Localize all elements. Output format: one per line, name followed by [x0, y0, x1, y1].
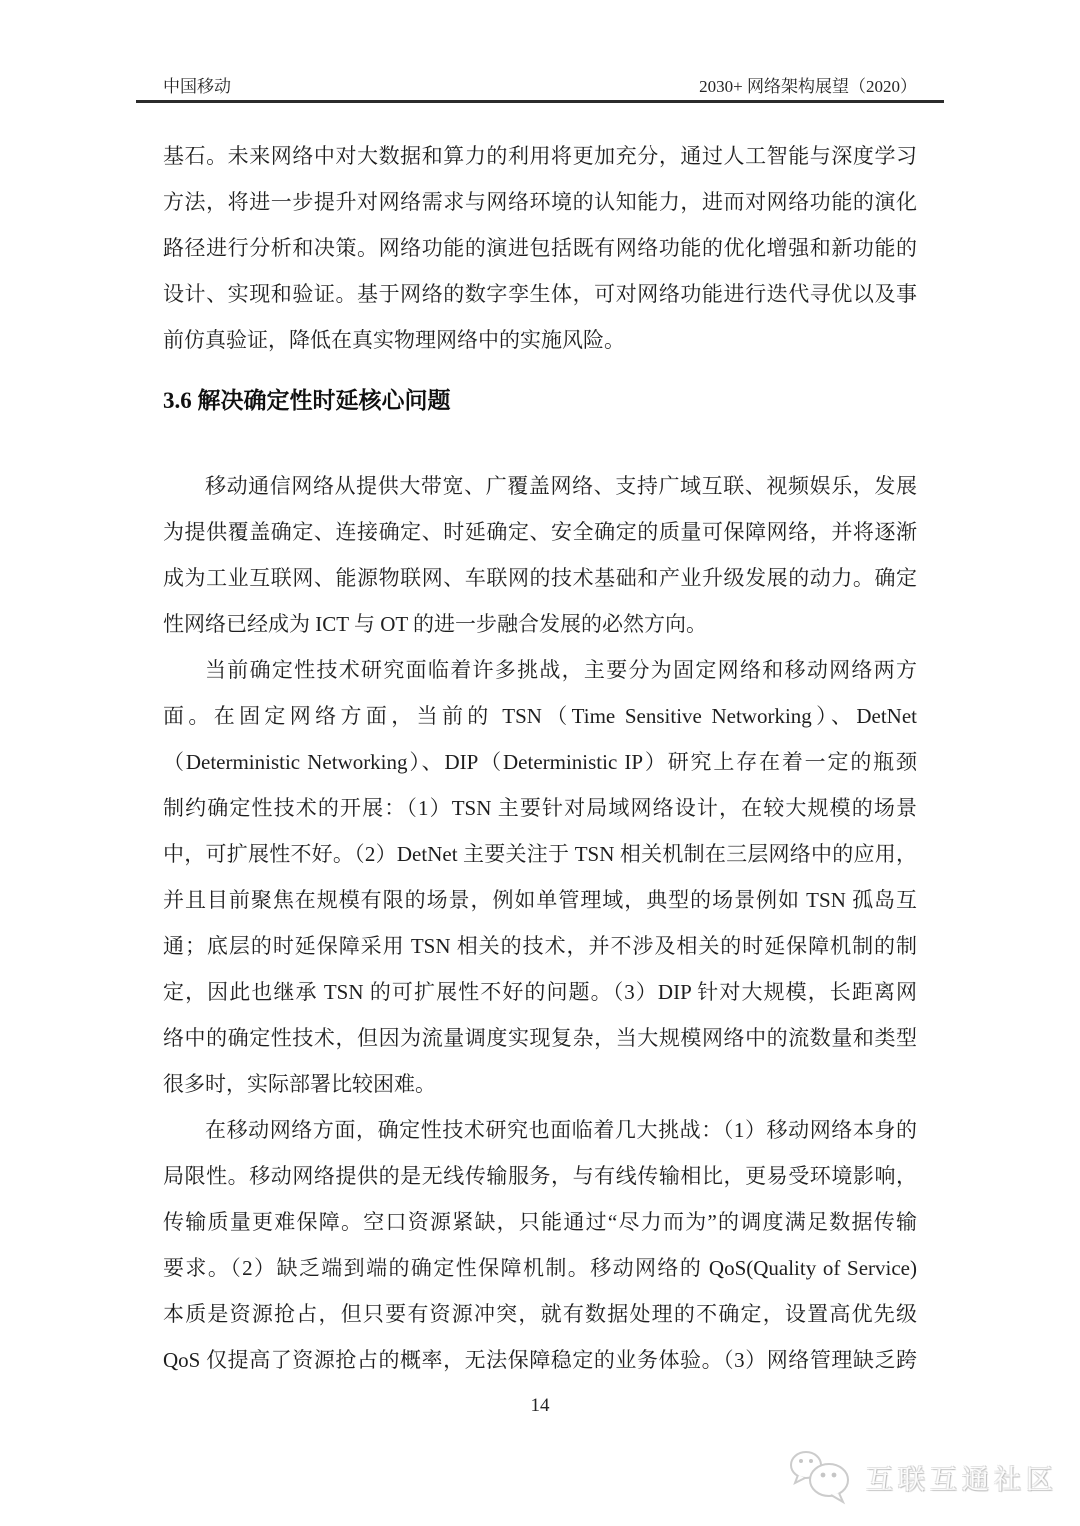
- text-line: 通；底层的时延保障采用 TSN 相关的技术，并不涉及相关的时延保障机制的制: [163, 923, 917, 969]
- text-line: 传输质量更难保障。空口资源紧缺，只能通过“尽力而为”的调度满足数据传输: [163, 1199, 917, 1245]
- text-line: 为提供覆盖确定、连接确定、时延确定、安全确定的质量可保障网络，并将逐渐: [163, 509, 917, 555]
- paragraph: 在移动网络方面，确定性技术研究也面临着几大挑战：（1）移动网络本身的局限性。移动…: [163, 1107, 917, 1383]
- text-line: 中，可扩展性不好。（2）DetNet 主要关注于 TSN 相关机制在三层网络中的…: [163, 831, 917, 877]
- text-line: 路径进行分析和决策。网络功能的演进包括既有网络功能的优化增强和新功能的: [163, 225, 917, 271]
- text-line: 制约确定性技术的开展：（1）TSN 主要针对局域网络设计，在较大规模的场景: [163, 785, 917, 831]
- text-line: QoS 仅提高了资源抢占的概率，无法保障稳定的业务体验。（3）网络管理缺乏跨: [163, 1337, 917, 1383]
- text-line: 本质是资源抢占，但只要有资源冲突，就有数据处理的不确定，设置高优先级: [163, 1291, 917, 1337]
- text-line: 当前确定性技术研究面临着许多挑战，主要分为固定网络和移动网络两方: [163, 647, 917, 693]
- text-line: 设计、实现和验证。基于网络的数字孪生体，可对网络功能进行迭代寻优以及事: [163, 271, 917, 317]
- text-line: 移动通信网络从提供大带宽、广覆盖网络、支持广域互联、视频娱乐，发展: [163, 463, 917, 509]
- header-left-text: 中国移动: [163, 72, 231, 97]
- header-right-text: 2030+ 网络架构展望（2020）: [699, 72, 917, 97]
- text-line: 前仿真验证，降低在真实物理网络中的实施风险。: [163, 317, 917, 363]
- paragraph: 移动通信网络从提供大带宽、广覆盖网络、支持广域互联、视频娱乐，发展为提供覆盖确定…: [163, 463, 917, 647]
- text-line: （Deterministic Networking）、DIP（Determini…: [163, 739, 917, 785]
- text-line: 面。在固定网络方面，当前的 TSN（Time Sensitive Network…: [163, 693, 917, 739]
- watermark-label: 互联互通社区: [866, 1458, 1058, 1497]
- paragraph: 基石。未来网络中对大数据和算力的利用将更加充分，通过人工智能与深度学习方法，将进…: [163, 133, 917, 363]
- header-rule: [136, 100, 944, 103]
- document-body: 基石。未来网络中对大数据和算力的利用将更加充分，通过人工智能与深度学习方法，将进…: [163, 133, 917, 1383]
- text-line: 基石。未来网络中对大数据和算力的利用将更加充分，通过人工智能与深度学习: [163, 133, 917, 179]
- document-page: { "page": { "header": { "left": "中国移动", …: [0, 0, 1080, 1526]
- text-line: 要求。（2）缺乏端到端的确定性保障机制。移动网络的 QoS(Quality of…: [163, 1245, 917, 1291]
- chat-bubbles-icon: [784, 1447, 856, 1507]
- section-heading: 3.6 解决确定性时延核心问题: [163, 381, 917, 421]
- text-line: 方法，将进一步提升对网络需求与网络环境的认知能力，进而对网络功能的演化: [163, 179, 917, 225]
- text-line: 局限性。移动网络提供的是无线传输服务，与有线传输相比，更易受环境影响，: [163, 1153, 917, 1199]
- text-line: 并且目前聚焦在规模有限的场景，例如单管理域，典型的场景例如 TSN 孤岛互: [163, 877, 917, 923]
- watermark: 互联互通社区: [784, 1446, 1058, 1508]
- page-header: 中国移动 2030+ 网络架构展望（2020）: [163, 72, 917, 97]
- text-line: 定，因此也继承 TSN 的可扩展性不好的问题。（3）DIP 针对大规模，长距离网: [163, 969, 917, 1015]
- page-number: 14: [0, 1395, 1080, 1417]
- text-line: 络中的确定性技术，但因为流量调度实现复杂，当大规模网络中的流数量和类型: [163, 1015, 917, 1061]
- text-line: 成为工业互联网、能源物联网、车联网的技术基础和产业升级发展的动力。确定: [163, 555, 917, 601]
- paragraph: 当前确定性技术研究面临着许多挑战，主要分为固定网络和移动网络两方面。在固定网络方…: [163, 647, 917, 1107]
- text-line: 很多时，实际部署比较困难。: [163, 1061, 917, 1107]
- text-line: 性网络已经成为 ICT 与 OT 的进一步融合发展的必然方向。: [163, 601, 917, 647]
- text-line: 在移动网络方面，确定性技术研究也面临着几大挑战：（1）移动网络本身的: [163, 1107, 917, 1153]
